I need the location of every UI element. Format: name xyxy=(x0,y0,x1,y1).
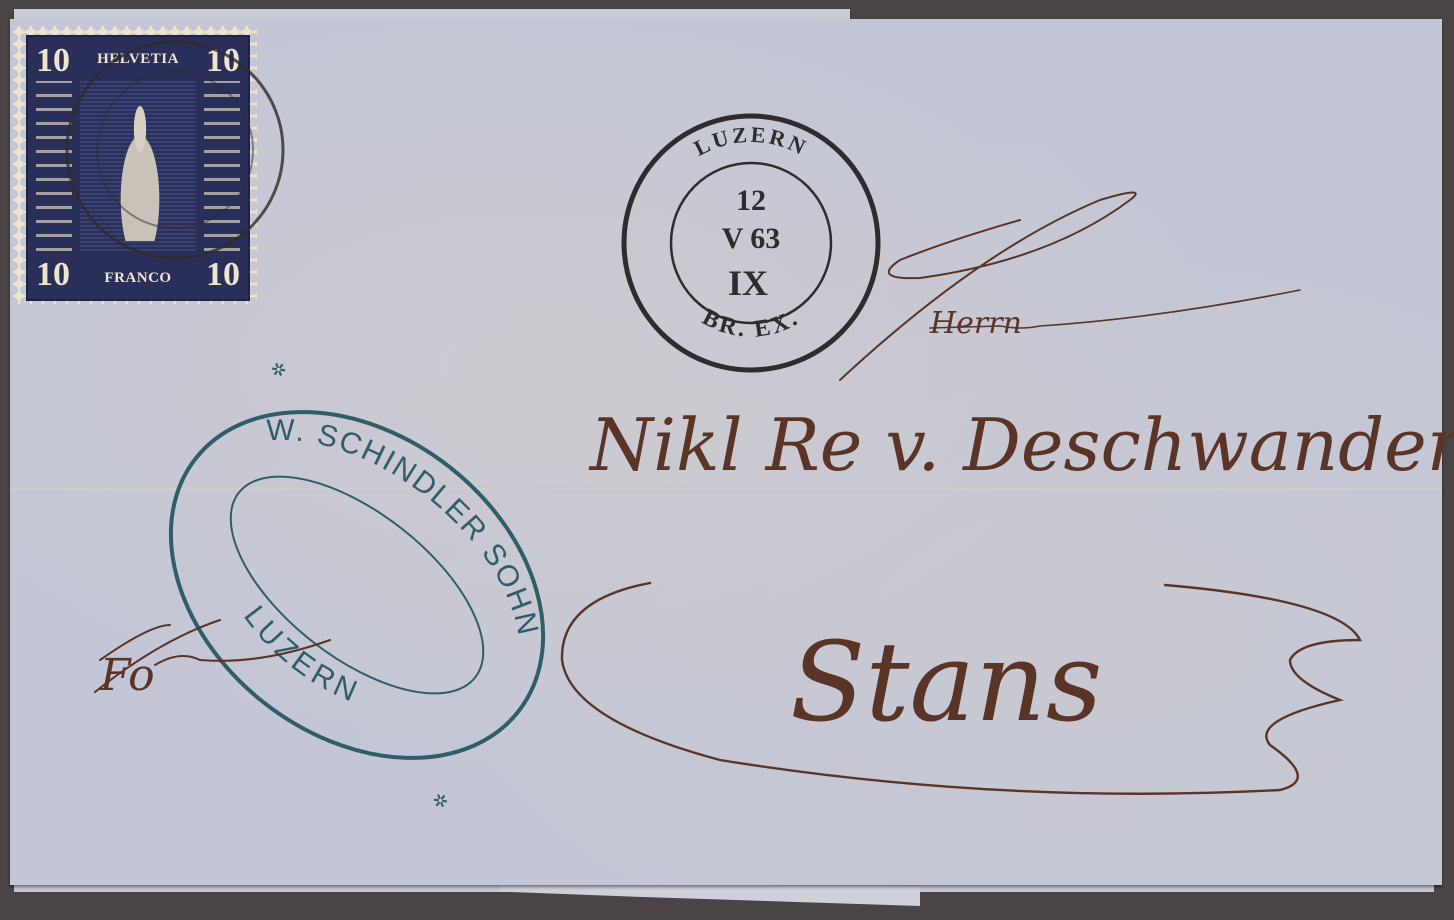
markings-layer: LUZERN BR. EX. 12 V 63 IX W. SCHINDLER S… xyxy=(0,0,1454,920)
address-destination: Stans xyxy=(790,618,1102,746)
postmark-day: 12 xyxy=(736,184,766,217)
postmark-time: IX xyxy=(728,263,768,303)
postmark-month-year: V 63 xyxy=(722,222,781,255)
cachet-firm-name: W. SCHINDLER SOHN xyxy=(250,367,581,652)
firm-cachet: W. SCHINDLER SOHN LUZERN ✲ ✲ xyxy=(103,341,612,830)
cachet-star-right: ✲ xyxy=(428,788,452,813)
address-name: Nikl Re v. Deschwanden xyxy=(588,403,1454,487)
cachet-star-left: ✲ xyxy=(266,357,290,382)
franco-note: Fo xyxy=(99,650,155,701)
postmark-bottom: BR. EX. xyxy=(698,304,804,342)
postmark-town: LUZERN xyxy=(690,122,812,161)
cachet-town: LUZERN xyxy=(230,595,371,719)
address-salutation: Herrn xyxy=(929,306,1022,341)
stamp-cancel xyxy=(67,42,283,258)
luzern-postmark: LUZERN BR. EX. 12 V 63 IX xyxy=(624,116,878,370)
